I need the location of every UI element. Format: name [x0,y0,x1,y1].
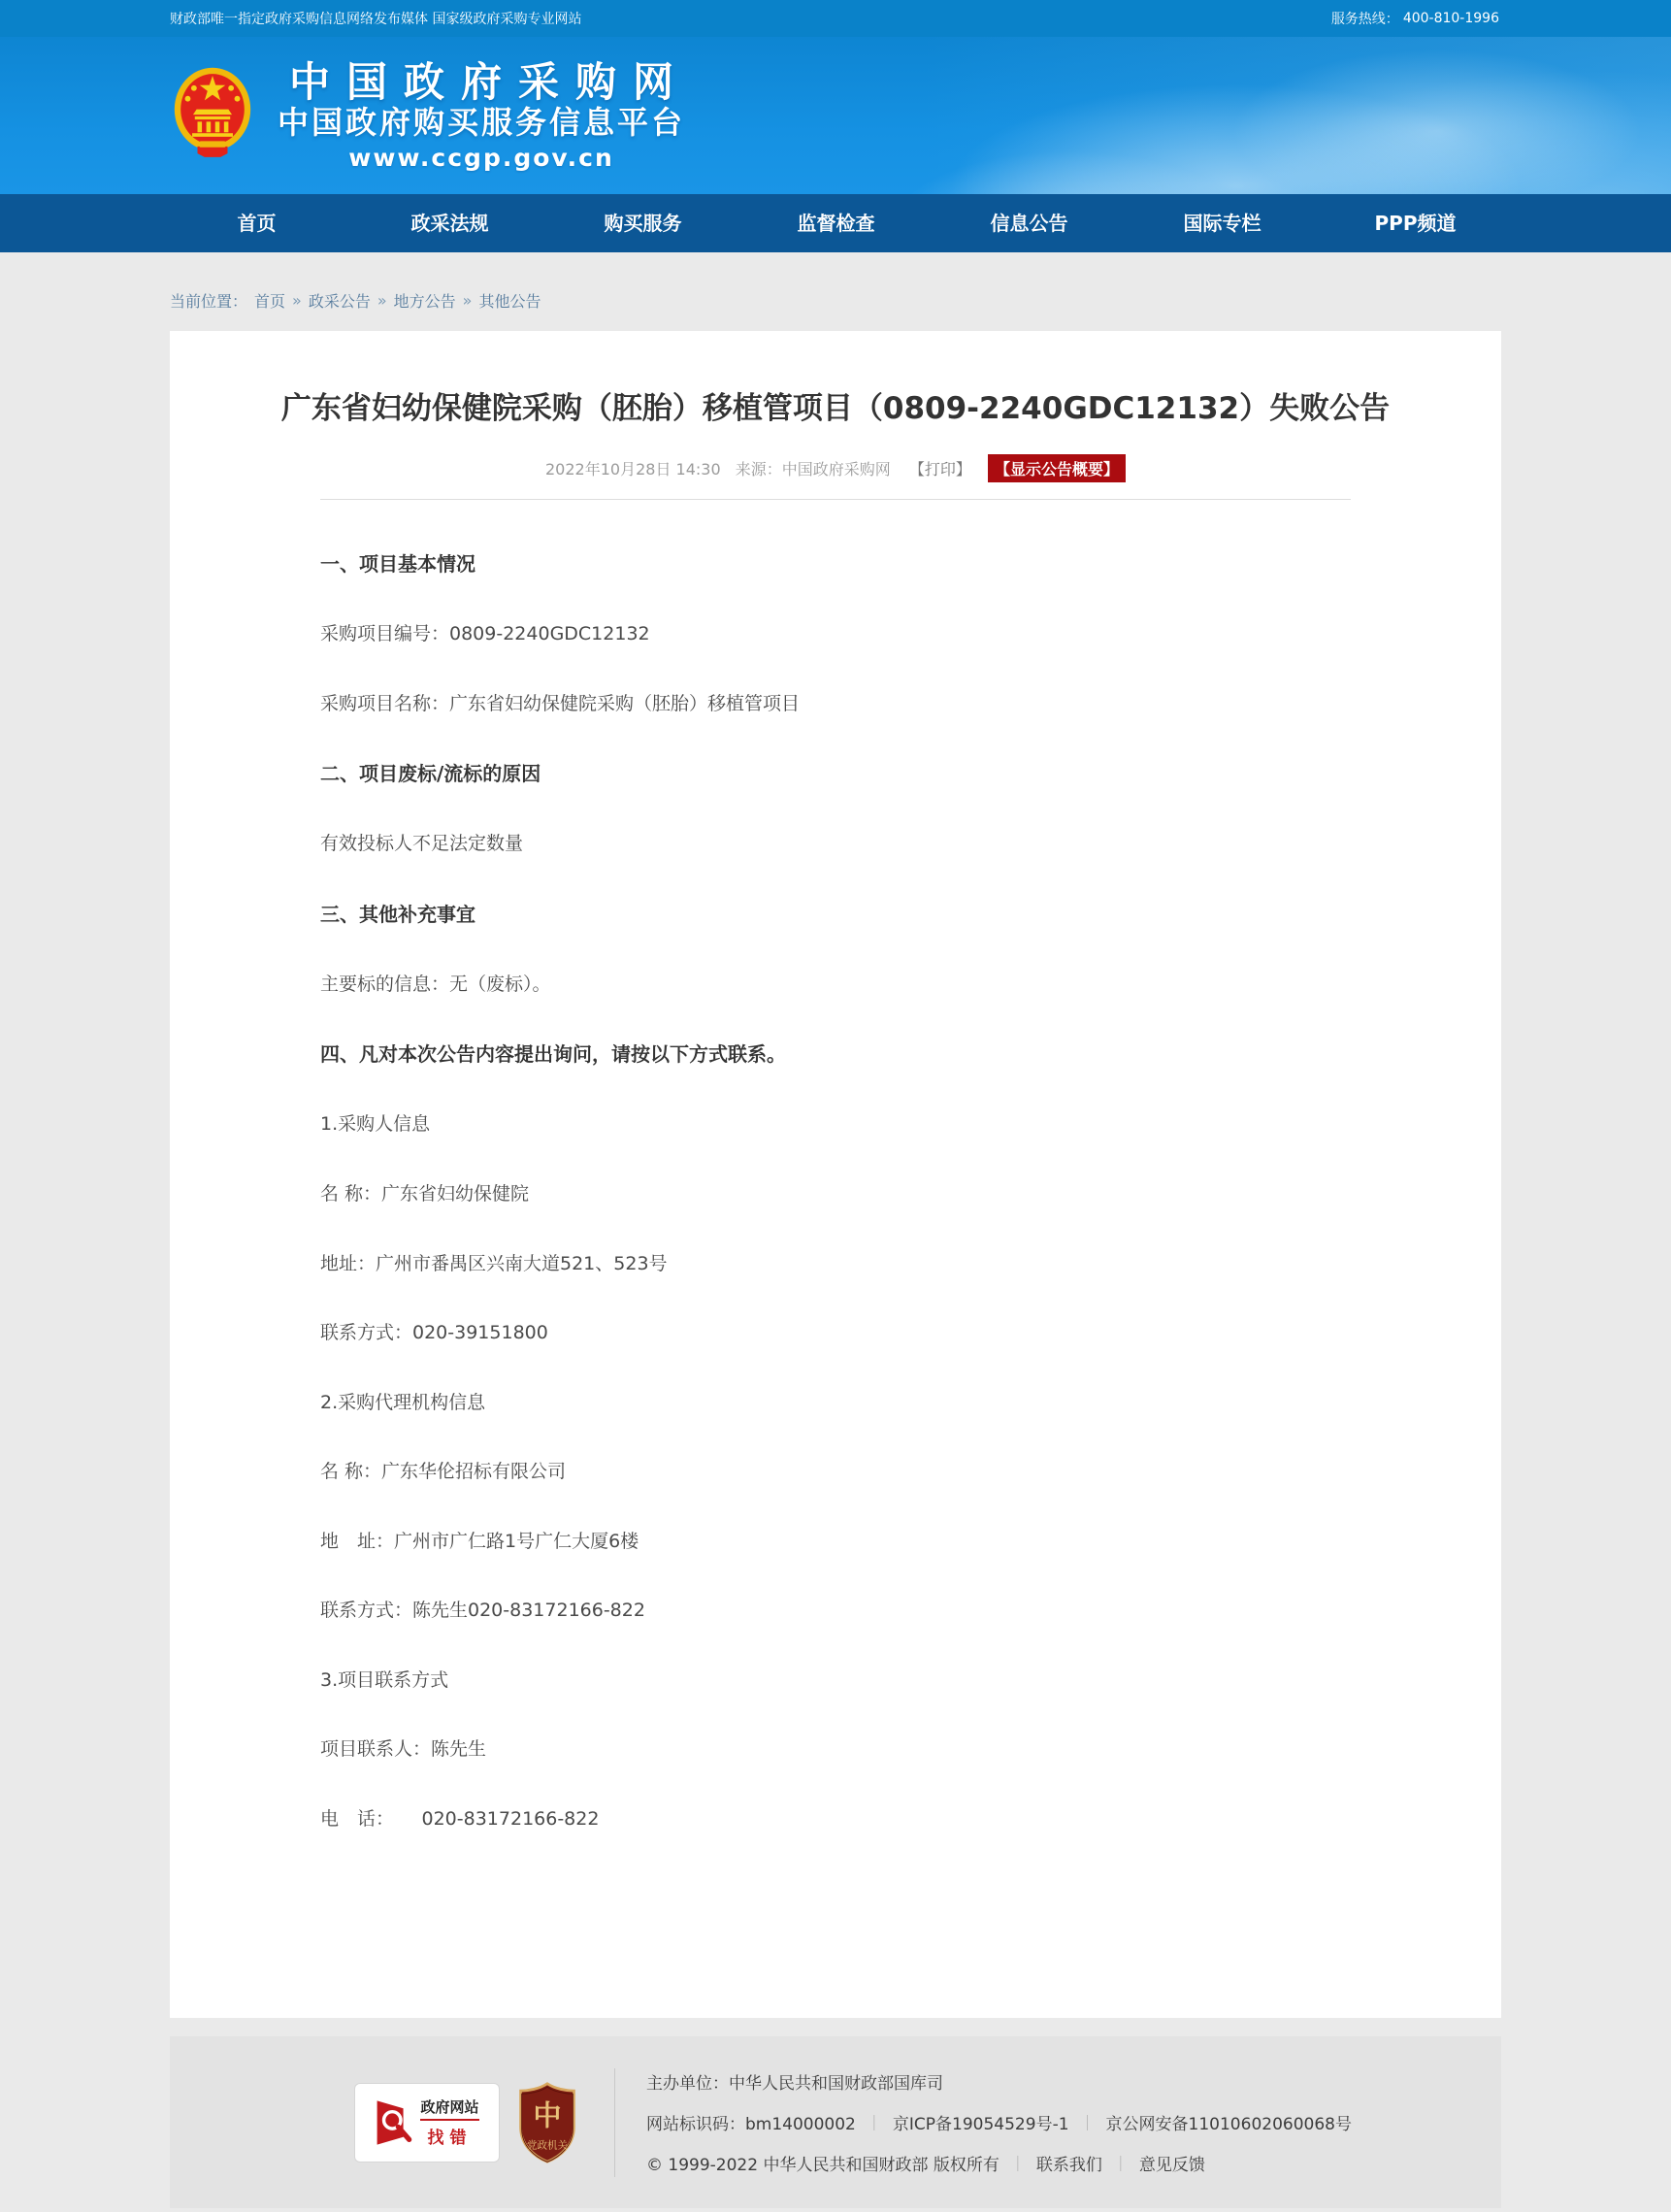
hotline-number: 400-810-1996 [1403,11,1499,26]
site-name: 中国政府采购网 [278,59,702,105]
site-error-report-badge[interactable]: 政府网站 找错 [354,2083,500,2162]
breadcrumb-separator: » [292,291,302,310]
footer-line-2: 网站标识码：bm14000002｜京ICP备19054529号-1｜京公网安备1… [646,2110,1352,2134]
footer-link-feedback[interactable]: 意见反馈 [1139,2151,1205,2175]
topbar-slogan: 财政部唯一指定政府采购信息网络发布媒体 国家级政府采购专业网站 [170,9,581,28]
breadcrumb: 当前位置： 首页»政采公告»地方公告»其他公告 [170,289,1671,312]
nav-item-home[interactable]: 首页 [160,194,353,252]
article-meta: 2022年10月28日 14:30 来源：中国政府采购网 【打印】 【显示公告概… [209,454,1462,482]
footer-text: © 1999-2022 中华人民共和国财政部 版权所有 [646,2151,999,2175]
error-badge-action: 找错 [427,2124,472,2148]
article-section-heading: 二、项目废标/流标的原因 [320,760,1351,788]
nav-item-ppp[interactable]: PPP频道 [1319,194,1512,252]
main-nav: 首页政采法规购买服务监督检查信息公告国际专栏PPP频道 [0,194,1671,252]
article-paragraph: 地 址：广州市广仁路1号广仁大厦6楼 [320,1529,1351,1556]
print-button[interactable]: 【打印】 [909,460,971,479]
site-header: 中国政府采购网 中国政府购买服务信息平台 www.ccgp.gov.cn [0,37,1671,194]
error-badge-title: 政府网站 [420,2096,478,2121]
nav-item-international[interactable]: 国际专栏 [1126,194,1319,252]
footer-line-1: 主办单位：中华人民共和国财政部国库司 [646,2069,1352,2094]
article-body: 一、项目基本情况采购项目编号：0809-2240GDC12132采购项目名称：广… [209,500,1462,1832]
breadcrumb-link[interactable]: 地方公告 [394,289,456,312]
footer-line-3: © 1999-2022 中华人民共和国财政部 版权所有｜联系我们｜意见反馈 [646,2151,1352,2175]
error-report-magnifier-icon [375,2097,413,2148]
footer-link-contact-us[interactable]: 联系我们 [1036,2151,1102,2175]
footer-divider [614,2068,615,2177]
footer-text: 主办单位：中华人民共和国财政部国库司 [646,2069,943,2094]
svg-text:党政机关: 党政机关 [527,2138,568,2151]
footer-separator: ｜ [1113,2152,1129,2174]
site-url: www.ccgp.gov.cn [278,144,685,172]
footer-separator: ｜ [867,2111,882,2133]
breadcrumb-link[interactable]: 政采公告 [309,289,371,312]
service-hotline: 服务热线： 400-810-1996 [1331,9,1499,28]
article-paragraph: 联系方式：020-39151800 [320,1320,1351,1347]
article-paragraph: 有效投标人不足法定数量 [320,831,1351,858]
article-paragraph: 电 话： 020-83172166-822 [320,1806,1351,1833]
show-summary-button[interactable]: 【显示公告概要】 [988,454,1126,482]
hotline-label: 服务热线： [1331,9,1399,28]
nav-item-purchase-service[interactable]: 购买服务 [546,194,739,252]
nav-item-laws[interactable]: 政采法规 [353,194,546,252]
site-footer: 政府网站 找错 中 党政机关 主办单位：中华人民共和国财政部国库司网站标识码：b… [170,2036,1501,2208]
nav-item-announcements[interactable]: 信息公告 [933,194,1126,252]
article-paragraph: 主要标的信息：无（废标）。 [320,972,1351,999]
article-paragraph: 项目联系人：陈先生 [320,1736,1351,1764]
breadcrumb-separator: » [377,291,387,310]
site-subtitle: 中国政府购买服务信息平台 [278,105,685,142]
national-emblem-logo [173,65,252,166]
article-paragraph: 名 称：广东省妇幼保健院 [320,1181,1351,1208]
article-paragraph: 采购项目编号：0809-2240GDC12132 [320,621,1351,648]
article-paragraph: 采购项目名称：广东省妇幼保健院采购（胚胎）移植管项目 [320,691,1351,718]
page-title: 广东省妇幼保健院采购（胚胎）移植管项目（0809-2240GDC12132）失败… [209,389,1462,428]
article-paragraph: 联系方式：陈先生020-83172166-822 [320,1598,1351,1625]
topbar: 财政部唯一指定政府采购信息网络发布媒体 国家级政府采购专业网站 服务热线： 40… [0,0,1671,37]
article-section-heading: 三、其他补充事宜 [320,901,1351,929]
footer-separator: ｜ [1080,2111,1096,2133]
nav-item-supervision[interactable]: 监督检查 [739,194,933,252]
svg-text:中: 中 [533,2098,561,2131]
breadcrumb-separator: » [463,291,473,310]
article-paragraph: 1.采购人信息 [320,1111,1351,1139]
article-paragraph: 名 称：广东华伦招标有限公司 [320,1459,1351,1486]
party-government-shield-badge[interactable]: 中 党政机关 [516,2080,578,2165]
footer-lines: 主办单位：中华人民共和国财政部国库司网站标识码：bm14000002｜京ICP备… [646,2069,1352,2175]
footer-separator: ｜ [1010,2152,1026,2174]
article-paragraph: 地址：广州市番禺区兴南大道521、523号 [320,1251,1351,1278]
article-paragraph: 2.采购代理机构信息 [320,1390,1351,1417]
publish-date: 2022年10月28日 14:30 [545,460,721,479]
breadcrumb-link[interactable]: 首页 [254,289,285,312]
article-paragraph: 3.项目联系方式 [320,1667,1351,1695]
footer-text: 京公网安备11010602060068号 [1106,2110,1352,2134]
footer-text: 京ICP备19054529号-1 [893,2110,1069,2134]
breadcrumb-link[interactable]: 其他公告 [478,289,541,312]
footer-text: 网站标识码：bm14000002 [646,2110,856,2134]
article-container: 广东省妇幼保健院采购（胚胎）移植管项目（0809-2240GDC12132）失败… [170,331,1501,2018]
article-section-heading: 一、项目基本情况 [320,550,1351,578]
article-section-heading: 四、凡对本次公告内容提出询问，请按以下方式联系。 [320,1040,1351,1069]
source: 来源：中国政府采购网 [736,460,891,479]
breadcrumb-label: 当前位置： [170,289,247,312]
